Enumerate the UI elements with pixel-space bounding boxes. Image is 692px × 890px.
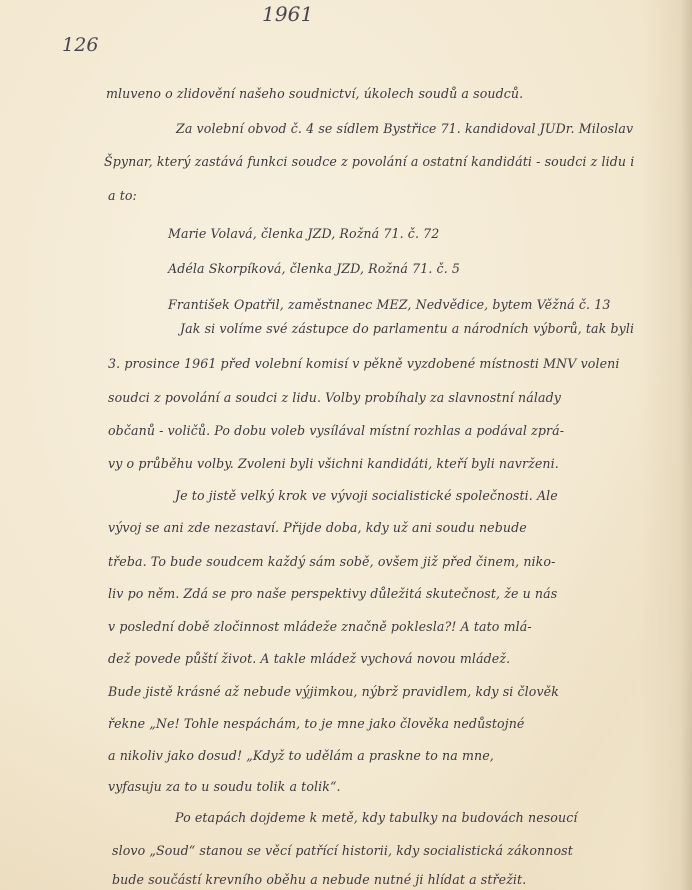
candidate-line: František Opatřil, zaměstnanec MEZ, Nedv…: [168, 297, 610, 312]
text-line: vy o průběhu volby. Zvoleni byli všichni…: [108, 456, 559, 471]
page-number: 126: [62, 34, 99, 56]
text-line: občanů - voličů. Po dobu voleb vysílával…: [108, 423, 564, 438]
text-line: mluveno o zlidovění našeho soudnictví, ú…: [106, 86, 523, 101]
text-line: Bude jistě krásné až nebude výjimkou, ný…: [108, 684, 559, 699]
text-line: Je to jistě velký krok ve vývoji sociali…: [175, 488, 558, 503]
text-line: bude součástí krevního oběhu a nebude nu…: [112, 872, 526, 887]
text-line: Za volební obvod č. 4 se sídlem Bystřice…: [176, 121, 633, 136]
year-heading: 1961: [262, 2, 313, 26]
text-line: Špynar, který zastává funkci soudce z po…: [104, 154, 634, 169]
handwritten-chronicle-page: 1961 126 mluveno o zlidovění našeho soud…: [0, 0, 692, 890]
candidate-line: Marie Volavá, členka JZD, Rožná 71. č. 7…: [168, 226, 439, 241]
text-line: řekne „Ne! Tohle nespáchám, to je mne ja…: [108, 716, 524, 731]
text-line: vyfasuju za to u soudu tolik a tolik“.: [108, 779, 341, 794]
text-line: soudci z povolání a soudci z lidu. Volby…: [108, 390, 561, 405]
text-line: a nikoliv jako dosud! „Když to udělám a …: [108, 748, 494, 763]
text-line: dež povede půští život. A takle mládež v…: [108, 651, 510, 666]
text-line: v poslední době zločinnost mládeže značn…: [108, 619, 532, 634]
text-line: 3. prosince 1961 před volební komisí v p…: [108, 356, 620, 371]
text-line: liv po něm. Zdá se pro naše perspektivy …: [108, 586, 557, 601]
text-line: vývoj se ani zde nezastaví. Přijde doba,…: [108, 520, 527, 535]
text-line: slovo „Soud“ stanou se věcí patřící hist…: [112, 843, 573, 858]
text-line: třeba. To bude soudcem každý sám sobě, o…: [108, 554, 555, 569]
candidate-line: Adéla Skorpíková, členka JZD, Rožná 71. …: [168, 261, 460, 276]
text-line: Po etapách dojdeme k metě, kdy tabulky n…: [175, 810, 577, 825]
text-line: a to:: [108, 188, 137, 203]
text-line: Jak si volíme své zástupce do parlamentu…: [180, 321, 634, 336]
